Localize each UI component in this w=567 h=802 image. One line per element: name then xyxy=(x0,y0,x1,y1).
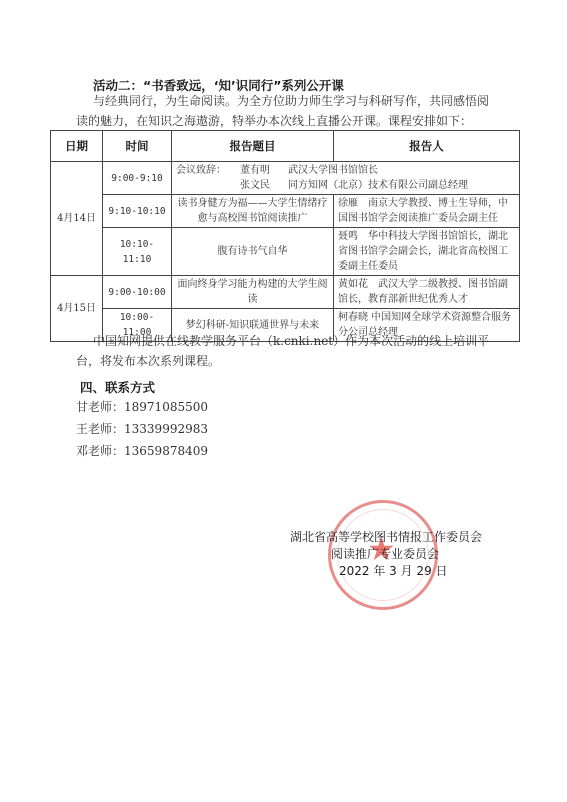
speaker-title: 武汉大学图书馆馆长 xyxy=(288,165,378,176)
contact-phone: 13339992983 xyxy=(124,422,208,436)
date-cell: 4月14日 xyxy=(51,162,103,276)
speaker-cell: 徐雁 南京大学教授、博士生导师，中国图书馆学会阅读推广委员会副主任 xyxy=(334,195,520,228)
header-topic: 报告题目 xyxy=(172,131,334,162)
opening-label: 会议致辞： xyxy=(176,163,240,178)
topic-cell: 腹有诗书气自华 xyxy=(172,228,334,276)
speaker-title: 同方知网（北京）技术有限公司副总经理 xyxy=(288,180,468,191)
table-row: 10:10-11:10 腹有诗书气自华 聂鸣 华中科技大学图书馆馆长，湖北省图书… xyxy=(51,228,520,276)
contact-item: 王老师：13339992983 xyxy=(76,420,208,437)
schedule-table: 日期 时间 报告题目 报告人 4月14日 9:00-9:10 会议致辞：董有明武… xyxy=(50,130,520,342)
platform-paragraph-line2: 台，将发布本次系列课程。 xyxy=(76,351,220,371)
time-cell: 9:10-10:10 xyxy=(103,195,172,228)
contact-label: 甘老师： xyxy=(76,400,124,414)
contact-item: 甘老师：18971085500 xyxy=(76,398,208,415)
contact-phone: 13659878409 xyxy=(124,444,208,458)
table-row: 4月14日 9:00-9:10 会议致辞：董有明武汉大学图书馆馆长 张文民同方知… xyxy=(51,162,520,195)
speaker-cell: 黄如花 武汉大学二级教授、图书馆副馆长，教育部新世纪优秀人才 xyxy=(334,276,520,309)
platform-paragraph-line1: 中国知网提供在线教学服务平台（k.cnki.net）作为本次活动的线上培训平 xyxy=(93,331,489,351)
header-date: 日期 xyxy=(51,131,103,162)
time-cell: 9:00-10:00 xyxy=(103,276,172,309)
speaker-cell: 聂鸣 华中科技大学图书馆馆长，湖北省图书馆学会副会长，湖北省高校图工委副主任委员 xyxy=(334,228,520,276)
signature-organization: 湖北省高等学校图书情报工作委员会 xyxy=(290,528,482,545)
intro-paragraph-line1: 与经典同行，为生命阅读。为全方位助力师生学习与科研写作，共同感悟阅 xyxy=(93,91,489,111)
contact-label: 王老师： xyxy=(76,422,124,436)
topic-cell: 面向终身学习能力构建的大学生阅读 xyxy=(172,276,334,309)
signature-date: 2022 年 3 月 29 日 xyxy=(339,562,448,579)
contact-item: 邓老师：13659878409 xyxy=(76,442,208,459)
topic-cell: 读书身健方为福——大学生情绪疗愈与高校图书馆阅读推广 xyxy=(172,195,334,228)
signature-committee: 阅读推广专业委员会 xyxy=(331,545,439,562)
contact-heading: 四、联系方式 xyxy=(80,378,155,396)
header-time: 时间 xyxy=(103,131,172,162)
table-row: 4月15日 9:00-10:00 面向终身学习能力构建的大学生阅读 黄如花 武汉… xyxy=(51,276,520,309)
table-header-row: 日期 时间 报告题目 报告人 xyxy=(51,131,520,162)
intro-paragraph-line2: 读的魅力，在知识之海遨游，特举办本次线上直播公开课。课程安排如下： xyxy=(76,111,472,131)
speaker-name: 张文民 xyxy=(240,178,288,193)
contact-label: 邓老师： xyxy=(76,444,124,458)
time-cell: 9:00-9:10 xyxy=(103,162,172,195)
header-speaker: 报告人 xyxy=(334,131,520,162)
table-row: 9:10-10:10 读书身健方为福——大学生情绪疗愈与高校图书馆阅读推广 徐雁… xyxy=(51,195,520,228)
contact-phone: 18971085500 xyxy=(124,400,208,414)
opening-remarks-cell: 会议致辞：董有明武汉大学图书馆馆长 张文民同方知网（北京）技术有限公司副总经理 xyxy=(172,162,520,195)
time-cell: 10:10-11:10 xyxy=(103,228,172,276)
speaker-name: 董有明 xyxy=(240,163,288,178)
